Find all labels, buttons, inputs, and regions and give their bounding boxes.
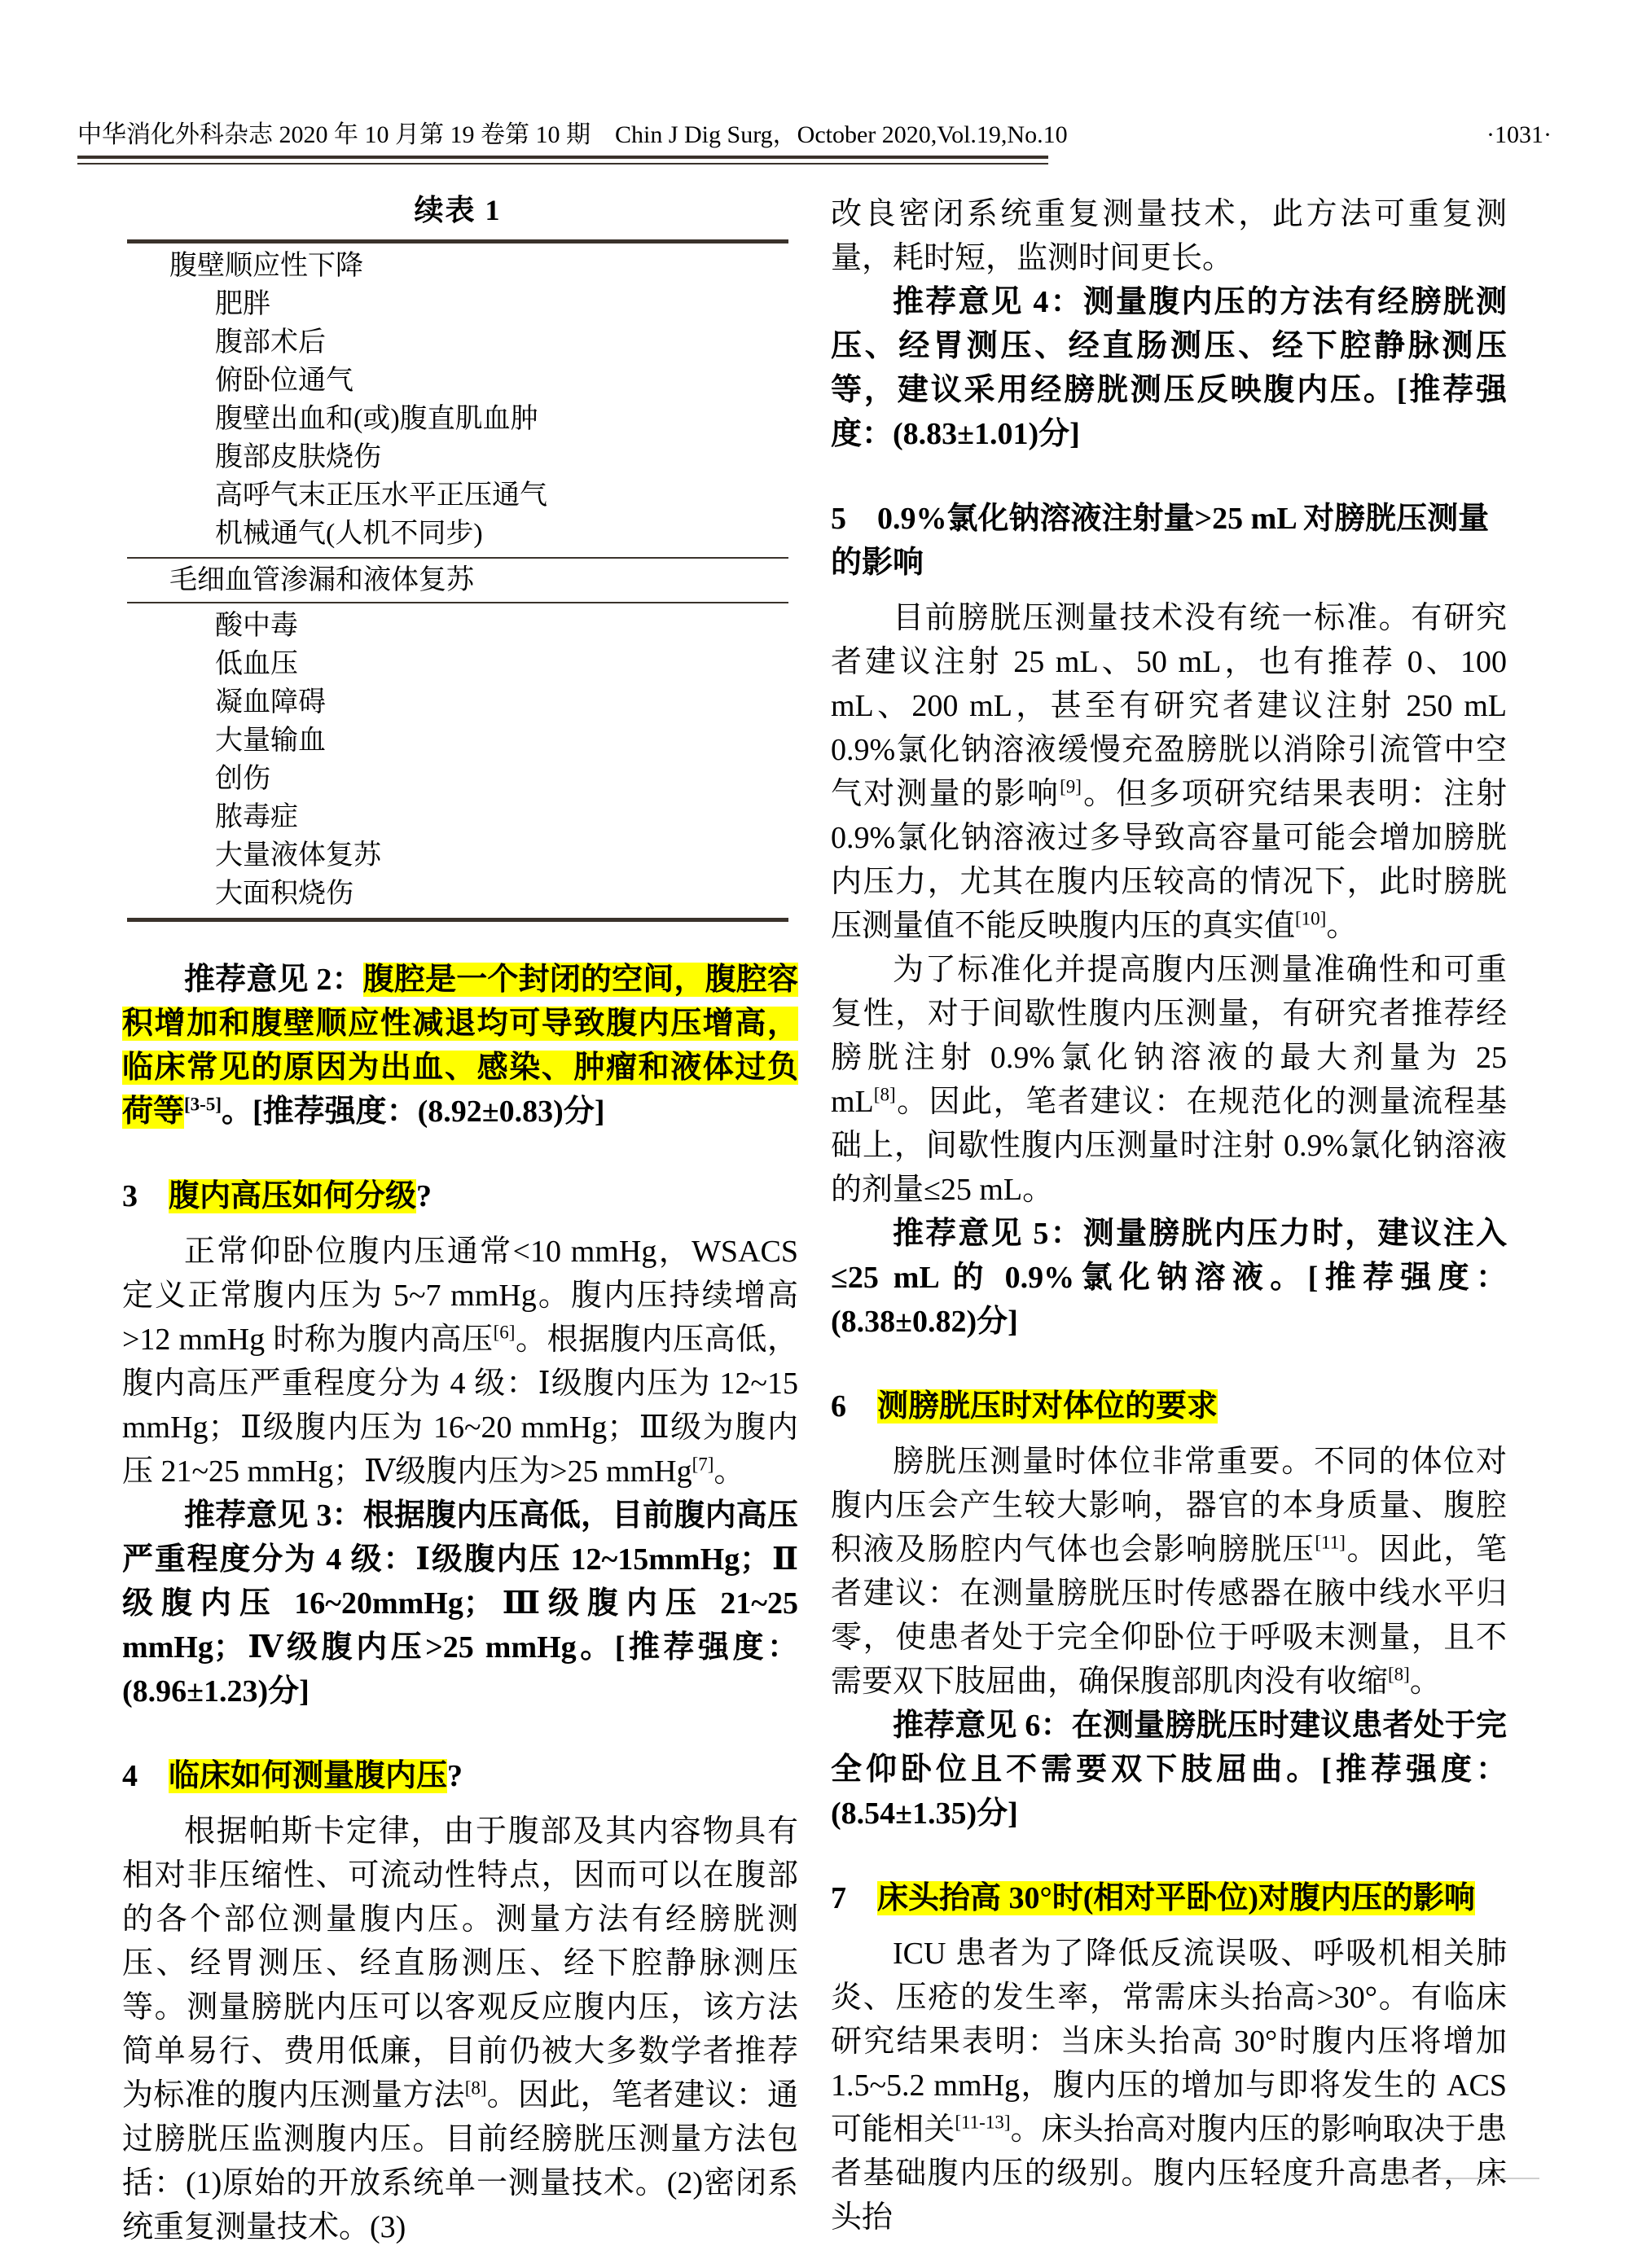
text-run: 。 <box>1326 909 1357 943</box>
table-row-item: 腹部术后 <box>127 323 788 362</box>
table-row-item: 创伤 <box>127 760 788 798</box>
highlighted-text: 腹内高压如何分级 <box>169 1179 416 1213</box>
journal-title: 中华消化外科杂志 2020 年 10 月第 19 卷第 10 期 Chin J … <box>77 119 1068 151</box>
table-row-item: 大量液体复苏 <box>127 836 788 875</box>
body-paragraph: 目前膀胱压测量技术没有统一标准。有研究者建议注射 25 mL、50 mL，也有推… <box>831 596 1507 948</box>
table-row-item: 酸中毒 <box>127 607 788 645</box>
table-row-item: 腹壁出血和(或)腹直肌血肿 <box>127 400 788 438</box>
reference-superscript: [7] <box>692 1454 714 1474</box>
text-run: 推荐意见 3：根据腹内压高低，目前腹内高压严重程度分为 4 级：Ⅰ级腹内压 12… <box>122 1498 798 1709</box>
text-run: 推荐意见 2： <box>184 963 363 997</box>
text-run: 根据帕斯卡定律，由于腹部及其内容物具有相对非压缩性、可流动性特点，因而可以在腹部… <box>122 1814 798 2112</box>
reference-superscript: [11] <box>1315 1532 1345 1552</box>
text-run: 5 <box>831 502 877 536</box>
section-heading-5: 5 0.9%氯化钠溶液注射量>25 mL 对膀胱压测量的影响 <box>831 497 1507 585</box>
body-paragraph: 根据帕斯卡定律，由于腹部及其内容物具有相对非压缩性、可流动性特点，因而可以在腹部… <box>122 1810 798 2249</box>
table-body: 腹壁顺应性下降 肥胖 腹部术后 俯卧位通气 腹壁出血和(或)腹直肌血肿 腹部皮肤… <box>127 239 788 922</box>
text-run: 4 <box>122 1759 169 1793</box>
section-heading-6: 6 测膀胱压时对体位的要求 <box>831 1384 1507 1428</box>
body-paragraph: 膀胱压测量时体位非常重要。不同的体位对腹内压会产生较大影响，器官的本身质量、腹腔… <box>831 1440 1507 1704</box>
recommendation-paragraph-4: 推荐意见 4：测量腹内压的方法有经膀胱测压、经胃测压、经直肠测压、经下腔静脉测压… <box>831 280 1507 456</box>
recommendation-paragraph-2: 推荐意见 2：腹腔是一个封闭的空间，腹腔容积增加和腹壁顺应性减退均可导致腹内压增… <box>122 958 798 1134</box>
reference-superscript: [8] <box>465 2077 487 2098</box>
text-run: 改良密闭系统重复测量技术，此方法可重复测量，耗时短，监测时间更长。 <box>831 197 1507 275</box>
reference-superscript: [9] <box>1060 776 1082 796</box>
reference-superscript: [8] <box>874 1084 896 1104</box>
table-row-item: 高呼气末正压水平正压通气 <box>127 476 788 515</box>
highlighted-text: 测膀胱压时对体位的要求 <box>877 1389 1218 1424</box>
section-heading-7: 7 床头抬高 30°时(相对平卧位)对腹内压的影响 <box>831 1876 1507 1920</box>
body-paragraph-continuation: 改良密闭系统重复测量技术，此方法可重复测量，耗时短，监测时间更长。 <box>831 192 1507 280</box>
continued-table-1: 续表 1 腹壁顺应性下降 肥胖 腹部术后 俯卧位通气 腹壁出血和(或)腹直肌血肿… <box>127 192 788 922</box>
table-row-item: 凝血障碍 <box>127 683 788 722</box>
text-run: 推荐意见 6：在测量膀胱压时建议患者处于完全仰卧位且不需要双下肢屈曲。[推荐强度… <box>831 1709 1507 1831</box>
reference-superscript: [6] <box>494 1322 516 1342</box>
table-row-item: 大量输血 <box>127 722 788 760</box>
section-heading-3: 3 腹内高压如何分级? <box>122 1174 798 1218</box>
text-run: 0.9%氯化钠溶液注射量>25 mL 对膀胱压测量的影响 <box>831 502 1489 580</box>
journal-page: 中华消化外科杂志 2020 年 10 月第 19 卷第 10 期 Chin J … <box>0 0 1629 2268</box>
body-paragraph: 为了标准化并提高腹内压测量准确性和可重复性，对于间歇性腹内压测量，有研究者推荐经… <box>831 948 1507 1212</box>
table-row-item: 低血压 <box>127 645 788 683</box>
text-run: ? <box>416 1179 432 1213</box>
text-run: 6 <box>831 1389 877 1424</box>
table-row-category: 腹壁顺应性下降 <box>127 247 788 285</box>
reference-superscript: [11-13] <box>955 2112 1010 2132</box>
text-run: 。因此，笔者建议：在规范化的测量流程基础上，间歇性腹内压测量时注射 0.9%氯化… <box>831 1085 1507 1207</box>
recommendation-paragraph-3: 推荐意见 3：根据腹内压高低，目前腹内高压严重程度分为 4 级：Ⅰ级腹内压 12… <box>122 1494 798 1713</box>
running-head: 中华消化外科杂志 2020 年 10 月第 19 卷第 10 期 Chin J … <box>77 119 1552 151</box>
table-row-item: 俯卧位通气 <box>127 362 788 400</box>
table-row-item: 大面积烧伤 <box>127 875 788 913</box>
column-left: 续表 1 腹壁顺应性下降 肥胖 腹部术后 俯卧位通气 腹壁出血和(或)腹直肌血肿… <box>122 192 798 2249</box>
table-row-item: 肥胖 <box>127 285 788 323</box>
text-run: 。 <box>1410 1665 1441 1699</box>
header-double-rule <box>77 156 1048 165</box>
body-paragraph: 正常仰卧位腹内压通常<10 mmHg，WSACS 定义正常腹内压为 5~7 mm… <box>122 1230 798 1494</box>
text-run: 。[推荐强度：(8.92±0.83)分] <box>222 1095 604 1129</box>
table-row-category: 毛细血管渗漏和液体复苏 <box>127 557 788 603</box>
highlighted-text: 临床如何测量腹内压 <box>169 1759 447 1793</box>
page-body: 续表 1 腹壁顺应性下降 肥胖 腹部术后 俯卧位通气 腹壁出血和(或)腹直肌血肿… <box>122 192 1507 2249</box>
table-row-item: 脓毒症 <box>127 798 788 836</box>
page-number: ·1031· <box>1486 119 1552 151</box>
text-run: 推荐意见 4：测量腹内压的方法有经膀胱测压、经胃测压、经直肠测压、经下腔静脉测压… <box>831 285 1507 451</box>
section-heading-4: 4 临床如何测量腹内压? <box>122 1754 798 1798</box>
reference-superscript: [10] <box>1295 908 1326 928</box>
text-run: 7 <box>831 1881 877 1915</box>
recommendation-paragraph-6: 推荐意见 6：在测量膀胱压时建议患者处于完全仰卧位且不需要双下肢屈曲。[推荐强度… <box>831 1704 1507 1836</box>
recommendation-paragraph-5: 推荐意见 5：测量膀胱内压力时，建议注入≤25 mL 的 0.9%氯化钠溶液。[… <box>831 1212 1507 1344</box>
scan-artifact-line <box>1381 2178 1539 2179</box>
body-paragraph: ICU 患者为了降低反流误吸、呼吸机相关肺炎、压疮的发生率，常需床头抬高>30°… <box>831 1932 1507 2239</box>
column-right: 改良密闭系统重复测量技术，此方法可重复测量，耗时短，监测时间更长。 推荐意见 4… <box>831 192 1507 2249</box>
table-title: 续表 1 <box>127 192 788 228</box>
text-run: ? <box>447 1759 463 1793</box>
text-run: 推荐意见 5：测量膀胱内压力时，建议注入≤25 mL 的 0.9%氯化钠溶液。[… <box>831 1217 1507 1339</box>
table-row-item: 腹部皮肤烧伤 <box>127 438 788 476</box>
highlighted-text: 床头抬高 30°时(相对平卧位)对腹内压的影响 <box>877 1881 1475 1915</box>
reference-superscript: [3-5] <box>184 1094 222 1114</box>
text-run: 。 <box>714 1454 744 1489</box>
reference-superscript: [8] <box>1388 1664 1410 1684</box>
text-run: 3 <box>122 1179 169 1213</box>
table-row-item: 机械通气(人机不同步) <box>127 515 788 553</box>
